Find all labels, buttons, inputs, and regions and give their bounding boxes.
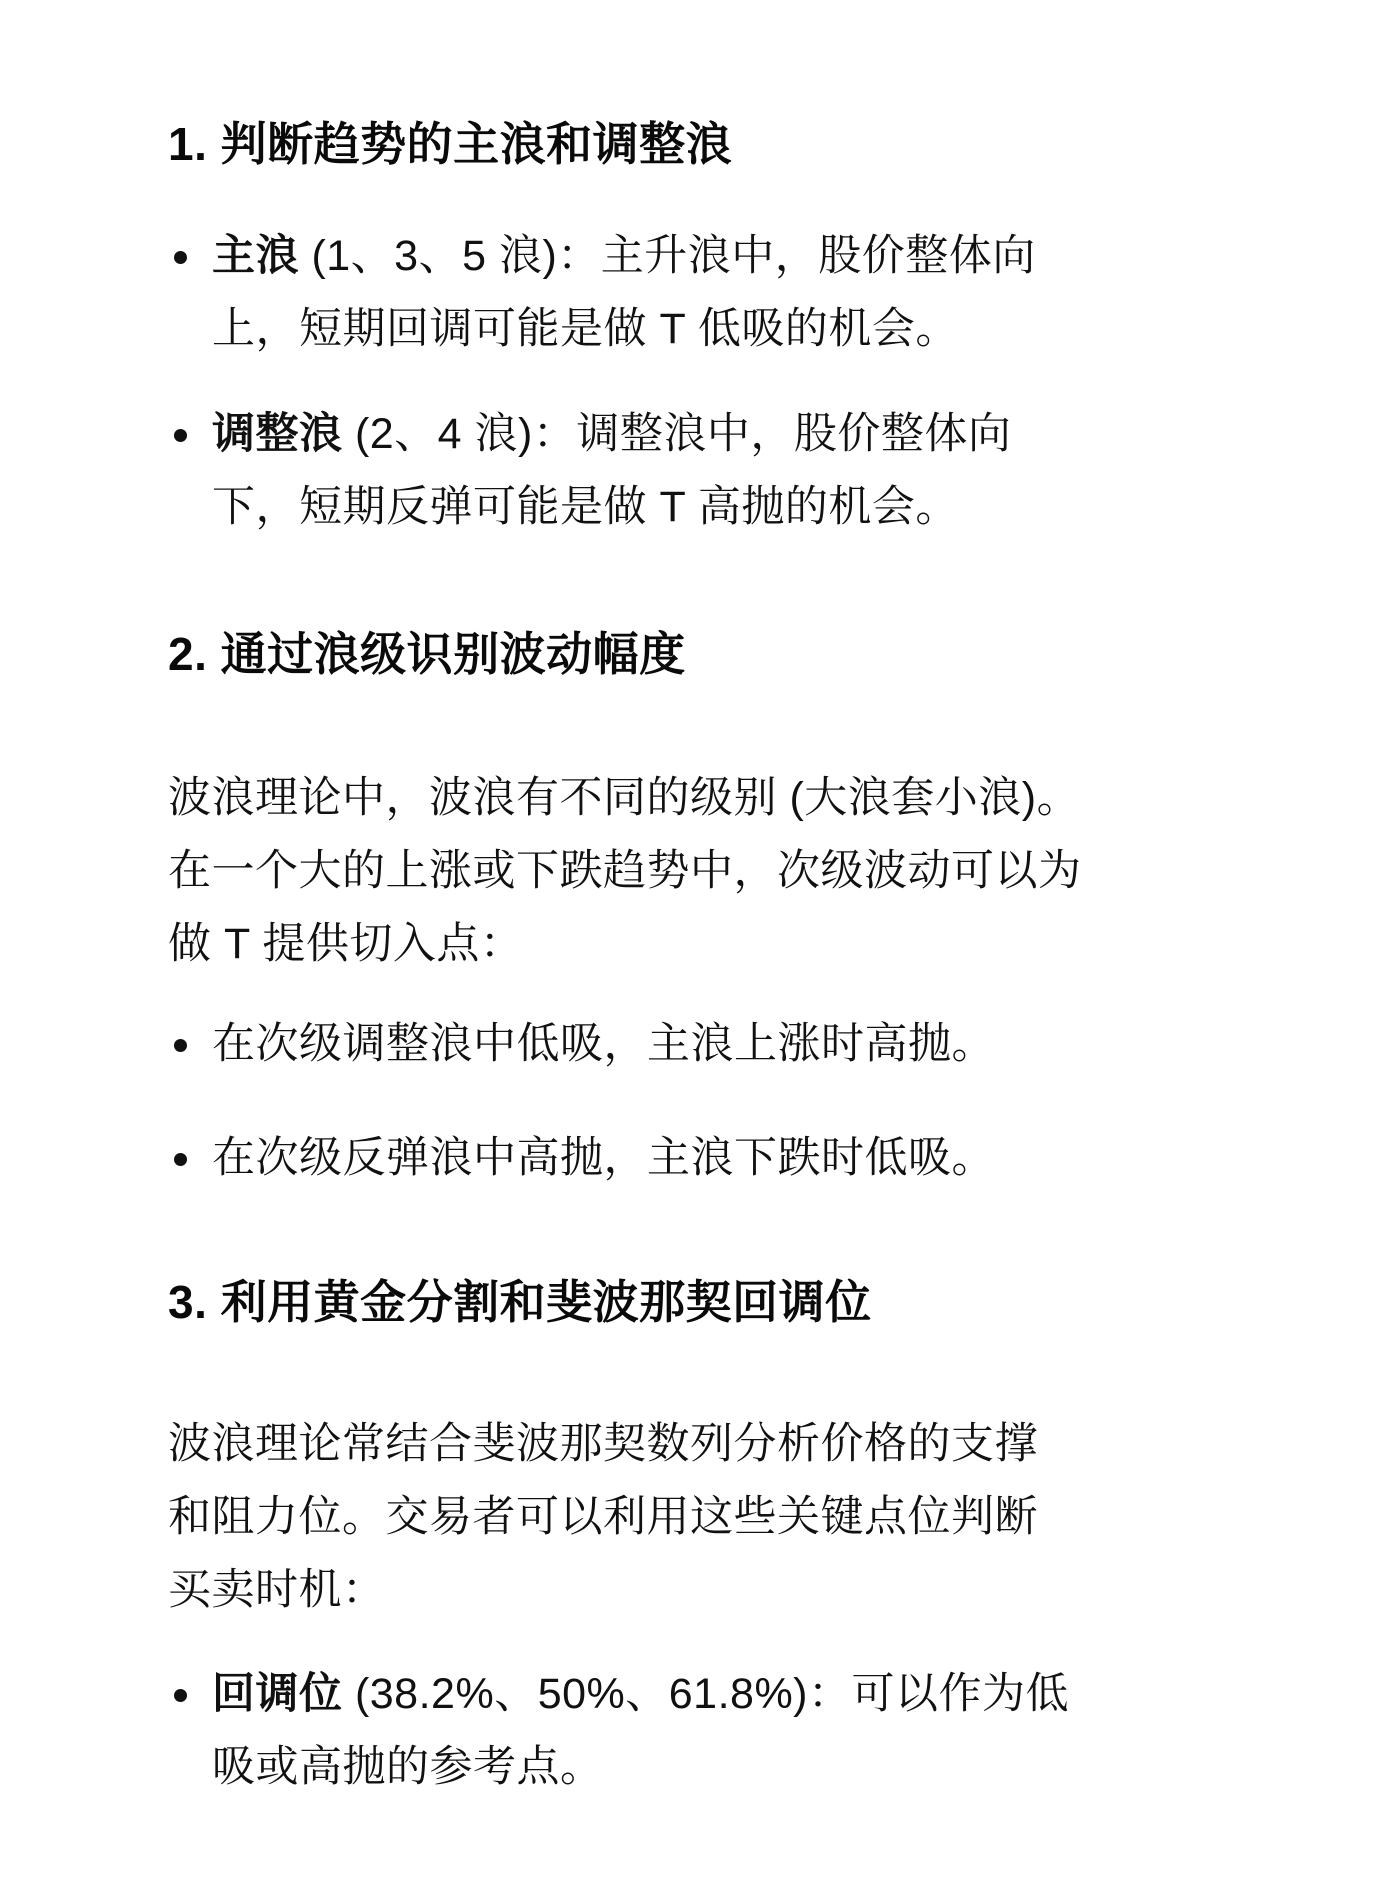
- list-item-rally-sell: 在次级反弹浪中高抛，主浪下跌时低吸。: [168, 1122, 1270, 1195]
- list-item-dip-buy: 在次级调整浪中低吸，主浪上涨时高抛。: [168, 1008, 1270, 1081]
- article-page: 1. 判断趋势的主浪和调整浪 主浪 (1、3、5 浪)：主升浪中，股价整体向 上…: [0, 0, 1390, 1902]
- bullet-line: 吸或高抛的参考点。: [212, 1731, 1270, 1804]
- bullet-lead: 主浪: [212, 232, 299, 280]
- section-2-paragraph: 波浪理论中，波浪有不同的级别 (大浪套小浪)。 在一个大的上涨或下跌趋势中，次级…: [168, 762, 1270, 981]
- bullet-line: 调整浪 (2、4 浪)：调整浪中，股价整体向: [212, 398, 1270, 471]
- bullet-icon: [174, 1039, 187, 1052]
- bullet-lead: 调整浪: [212, 410, 343, 458]
- bullet-icon: [174, 1689, 187, 1702]
- bullet-icon: [174, 429, 187, 442]
- bullet-icon: [174, 1153, 187, 1166]
- section-3-paragraph: 波浪理论常结合斐波那契数列分析价格的支撑 和阻力位。交易者可以利用这些关键点位判…: [168, 1408, 1270, 1627]
- section-3-heading: 3. 利用黄金分割和斐波那契回调位: [168, 1266, 1270, 1339]
- bullet-icon: [174, 251, 187, 264]
- bullet-line: 主浪 (1、3、5 浪)：主升浪中，股价整体向: [212, 220, 1270, 293]
- paragraph-line: 和阻力位。交易者可以利用这些关键点位判断: [168, 1481, 1270, 1554]
- bullet-text: (2、4 浪)：调整浪中，股价整体向: [343, 410, 1012, 458]
- paragraph-line: 买卖时机：: [168, 1554, 1270, 1627]
- list-item-corrective-wave: 调整浪 (2、4 浪)：调整浪中，股价整体向 下，短期反弹可能是做 T 高抛的机…: [168, 398, 1270, 544]
- bullet-line: 在次级调整浪中低吸，主浪上涨时高抛。: [212, 1008, 1270, 1081]
- bullet-text: (38.2%、50%、61.8%)：可以作为低: [343, 1670, 1070, 1718]
- bullet-line: 上，短期回调可能是做 T 低吸的机会。: [212, 293, 1270, 366]
- list-item-main-wave: 主浪 (1、3、5 浪)：主升浪中，股价整体向 上，短期回调可能是做 T 低吸的…: [168, 220, 1270, 366]
- bullet-line: 在次级反弹浪中高抛，主浪下跌时低吸。: [212, 1122, 1270, 1195]
- bullet-text: (1、3、5 浪)：主升浪中，股价整体向: [299, 232, 1036, 280]
- paragraph-line: 波浪理论常结合斐波那契数列分析价格的支撑: [168, 1408, 1270, 1481]
- bullet-line: 回调位 (38.2%、50%、61.8%)：可以作为低: [212, 1658, 1270, 1731]
- section-2-heading: 2. 通过浪级识别波动幅度: [168, 618, 1270, 691]
- paragraph-line: 做 T 提供切入点：: [168, 908, 1270, 981]
- section-1-heading: 1. 判断趋势的主浪和调整浪: [168, 108, 1270, 181]
- paragraph-line: 波浪理论中，波浪有不同的级别 (大浪套小浪)。: [168, 762, 1270, 835]
- bullet-lead: 回调位: [212, 1670, 343, 1718]
- list-item-retracement: 回调位 (38.2%、50%、61.8%)：可以作为低 吸或高抛的参考点。: [168, 1658, 1270, 1804]
- paragraph-line: 在一个大的上涨或下跌趋势中，次级波动可以为: [168, 835, 1270, 908]
- bullet-line: 下，短期反弹可能是做 T 高抛的机会。: [212, 471, 1270, 544]
